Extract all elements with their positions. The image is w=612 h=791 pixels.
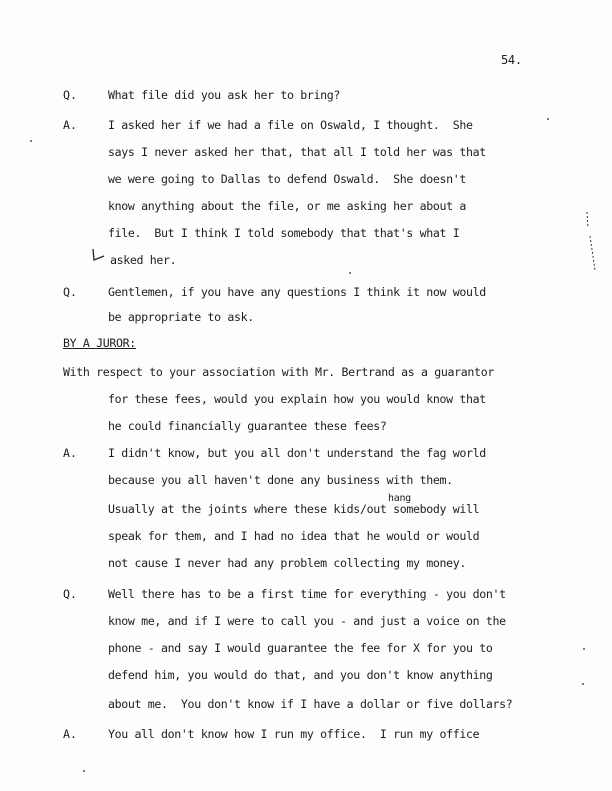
transcript-line: for these fees, would you explain how yo… — [108, 392, 486, 406]
transcript-line: file. But I think I told somebody that t… — [108, 226, 459, 240]
transcript-line: know anything about the file, or me aski… — [108, 199, 466, 213]
scan-speck — [583, 648, 585, 650]
transcript-line: With respect to your association with Mr… — [63, 365, 494, 379]
section-heading: BY A JUROR: — [63, 336, 136, 350]
scan-speck — [349, 272, 351, 274]
transcript-line: defend him, you would do that, and you d… — [108, 668, 493, 682]
check-mark-icon — [91, 248, 105, 262]
scan-speck — [30, 140, 32, 142]
speaker-label: Q. — [63, 88, 77, 102]
transcript-line: phone - and say I would guarantee the fe… — [108, 641, 493, 655]
speaker-label: A. — [63, 727, 77, 741]
speaker-label: A. — [63, 118, 77, 132]
scan-speck — [582, 683, 584, 685]
transcript-line: know me, and if I were to call you - and… — [108, 614, 506, 628]
document-page: 54. Q. What file did you ask her to brin… — [0, 0, 612, 791]
transcript-line: not cause I never had any problem collec… — [108, 556, 466, 570]
scan-speck — [83, 770, 85, 772]
transcript-line: be appropriate to ask. — [108, 310, 254, 324]
transcript-line: he could financially guarantee these fee… — [108, 419, 386, 433]
transcript-line: You all don't know how I run my office. … — [108, 727, 479, 741]
speaker-label: Q. — [63, 285, 77, 299]
transcript-line: I asked her if we had a file on Oswald, … — [108, 118, 473, 132]
transcript-line: Gentlemen, if you have any questions I t… — [108, 285, 486, 299]
transcript-line: speak for them, and I had no idea that h… — [108, 529, 479, 543]
transcript-line: Usually at the joints where these kids/o… — [108, 502, 479, 516]
transcript-line: we were going to Dallas to defend Oswald… — [108, 172, 466, 186]
transcript-line: I didn't know, but you all don't underst… — [108, 446, 486, 460]
transcript-line: What file did you ask her to bring? — [108, 88, 340, 102]
transcript-line: Well there has to be a first time for ev… — [108, 587, 506, 601]
speaker-label: Q. — [63, 587, 77, 601]
margin-stroke-mark — [585, 210, 597, 272]
transcript-line: asked her. — [110, 253, 176, 267]
page-number: 54. — [501, 53, 522, 67]
transcript-line: says I never asked her that, that all I … — [108, 145, 486, 159]
transcript-line: because you all haven't done any busines… — [108, 473, 453, 487]
scan-speck — [547, 118, 549, 120]
speaker-label: A. — [63, 446, 77, 460]
transcript-line: about me. You don't know if I have a dol… — [108, 697, 512, 711]
